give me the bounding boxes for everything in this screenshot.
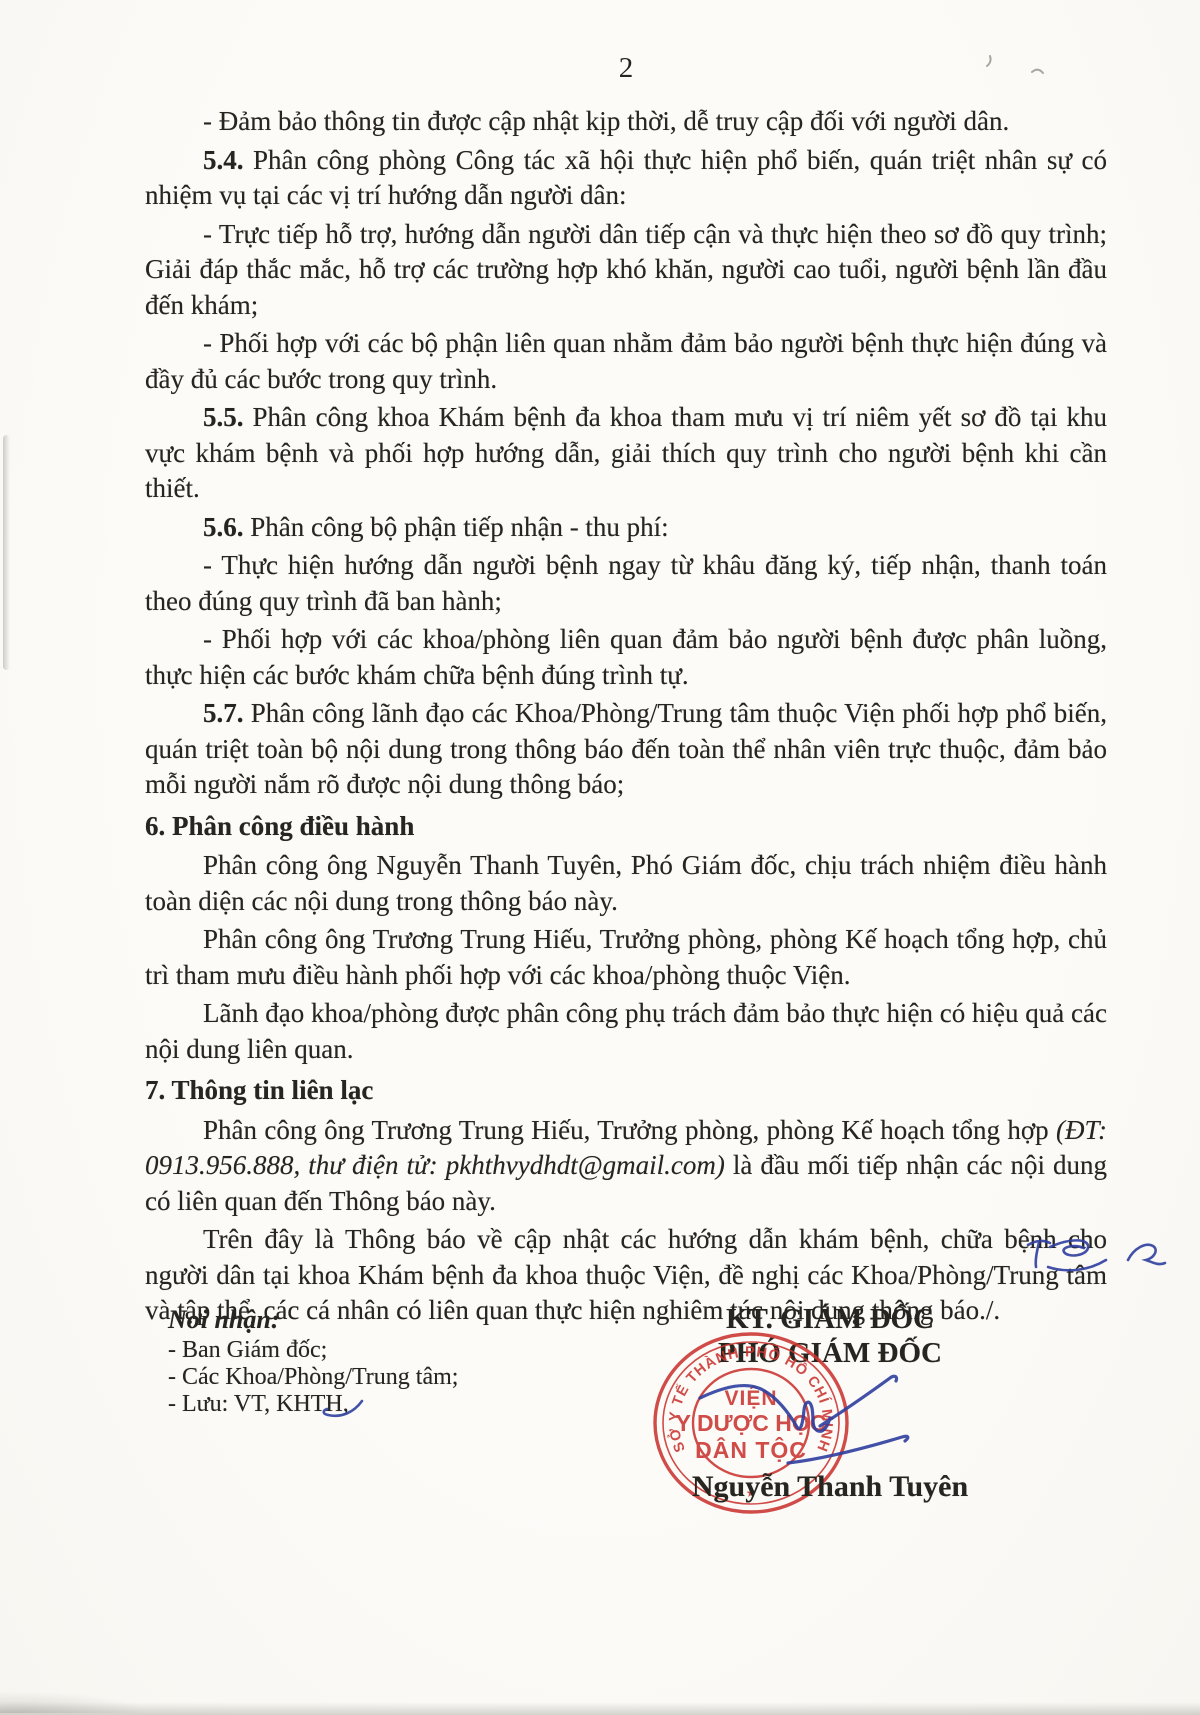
section-7-heading: 7. Thông tin liên lạc <box>145 1073 1107 1109</box>
paragraph-assign-tuyen: Phân công ông Nguyễn Thanh Tuyên, Phó Gi… <box>145 848 1107 919</box>
page-number: 2 <box>145 52 1107 85</box>
recipient-item: - Các Khoa/Phòng/Trung tâm; <box>168 1364 588 1391</box>
section-6-heading: 6. Phân công điều hành <box>145 809 1107 845</box>
paragraph-5-4: 5.4. Phân công phòng Công tác xã hội thự… <box>145 143 1107 214</box>
section-number: 5.7. <box>203 698 244 728</box>
paragraph-bullet-support: - Trực tiếp hỗ trợ, hướng dẫn người dân … <box>145 217 1107 324</box>
recipient-item: - Ban Giám đốc; <box>168 1337 588 1364</box>
signer-name: Nguyễn Thanh Tuyên <box>650 1470 1010 1504</box>
paragraph-bullet-coordinate: - Phối hợp với các bộ phận liên quan nhằ… <box>145 326 1107 397</box>
paragraph-assign-hieu: Phân công ông Trương Trung Hiếu, Trưởng … <box>145 922 1107 993</box>
document-body: - Đảm bảo thông tin được cập nhật kịp th… <box>145 104 1107 1332</box>
section-number: 5.6. <box>203 512 244 542</box>
recipients-label: Nơi nhận: <box>168 1306 588 1333</box>
paragraph-bullet-update: - Đảm bảo thông tin được cập nhật kịp th… <box>145 104 1107 140</box>
paragraph-contact: Phân công ông Trương Trung Hiếu, Trưởng … <box>145 1113 1107 1220</box>
paragraph-5-6: 5.6. Phân công bộ phận tiếp nhận - thu p… <box>145 510 1107 546</box>
paragraph-bullet-flow: - Phối hợp với các khoa/phòng liên quan … <box>145 622 1107 693</box>
section-number: 5.5. <box>203 402 244 432</box>
scan-marks <box>970 42 1060 92</box>
paragraph-dept-leaders: Lãnh đạo khoa/phòng được phân công phụ t… <box>145 996 1107 1067</box>
paragraph-5-5: 5.5. Phân công khoa Khám bệnh đa khoa th… <box>145 400 1107 507</box>
document-page: { "page": { "number": "2" }, "paragraphs… <box>0 0 1200 1715</box>
section-number: 5.4. <box>203 145 244 175</box>
handwritten-signature <box>560 1330 1040 1560</box>
scan-artifact-left-edge <box>3 435 10 670</box>
initial-scribble <box>1000 1230 1200 1300</box>
scan-artifact-bottom-edge <box>0 1702 1200 1715</box>
scan-artifact-corner <box>0 1691 150 1713</box>
paragraph-5-7: 5.7. Phân công lãnh đạo các Khoa/Phòng/T… <box>145 696 1107 803</box>
paragraph-bullet-guide: - Thực hiện hướng dẫn người bệnh ngay từ… <box>145 548 1107 619</box>
pen-tick <box>300 1392 400 1432</box>
